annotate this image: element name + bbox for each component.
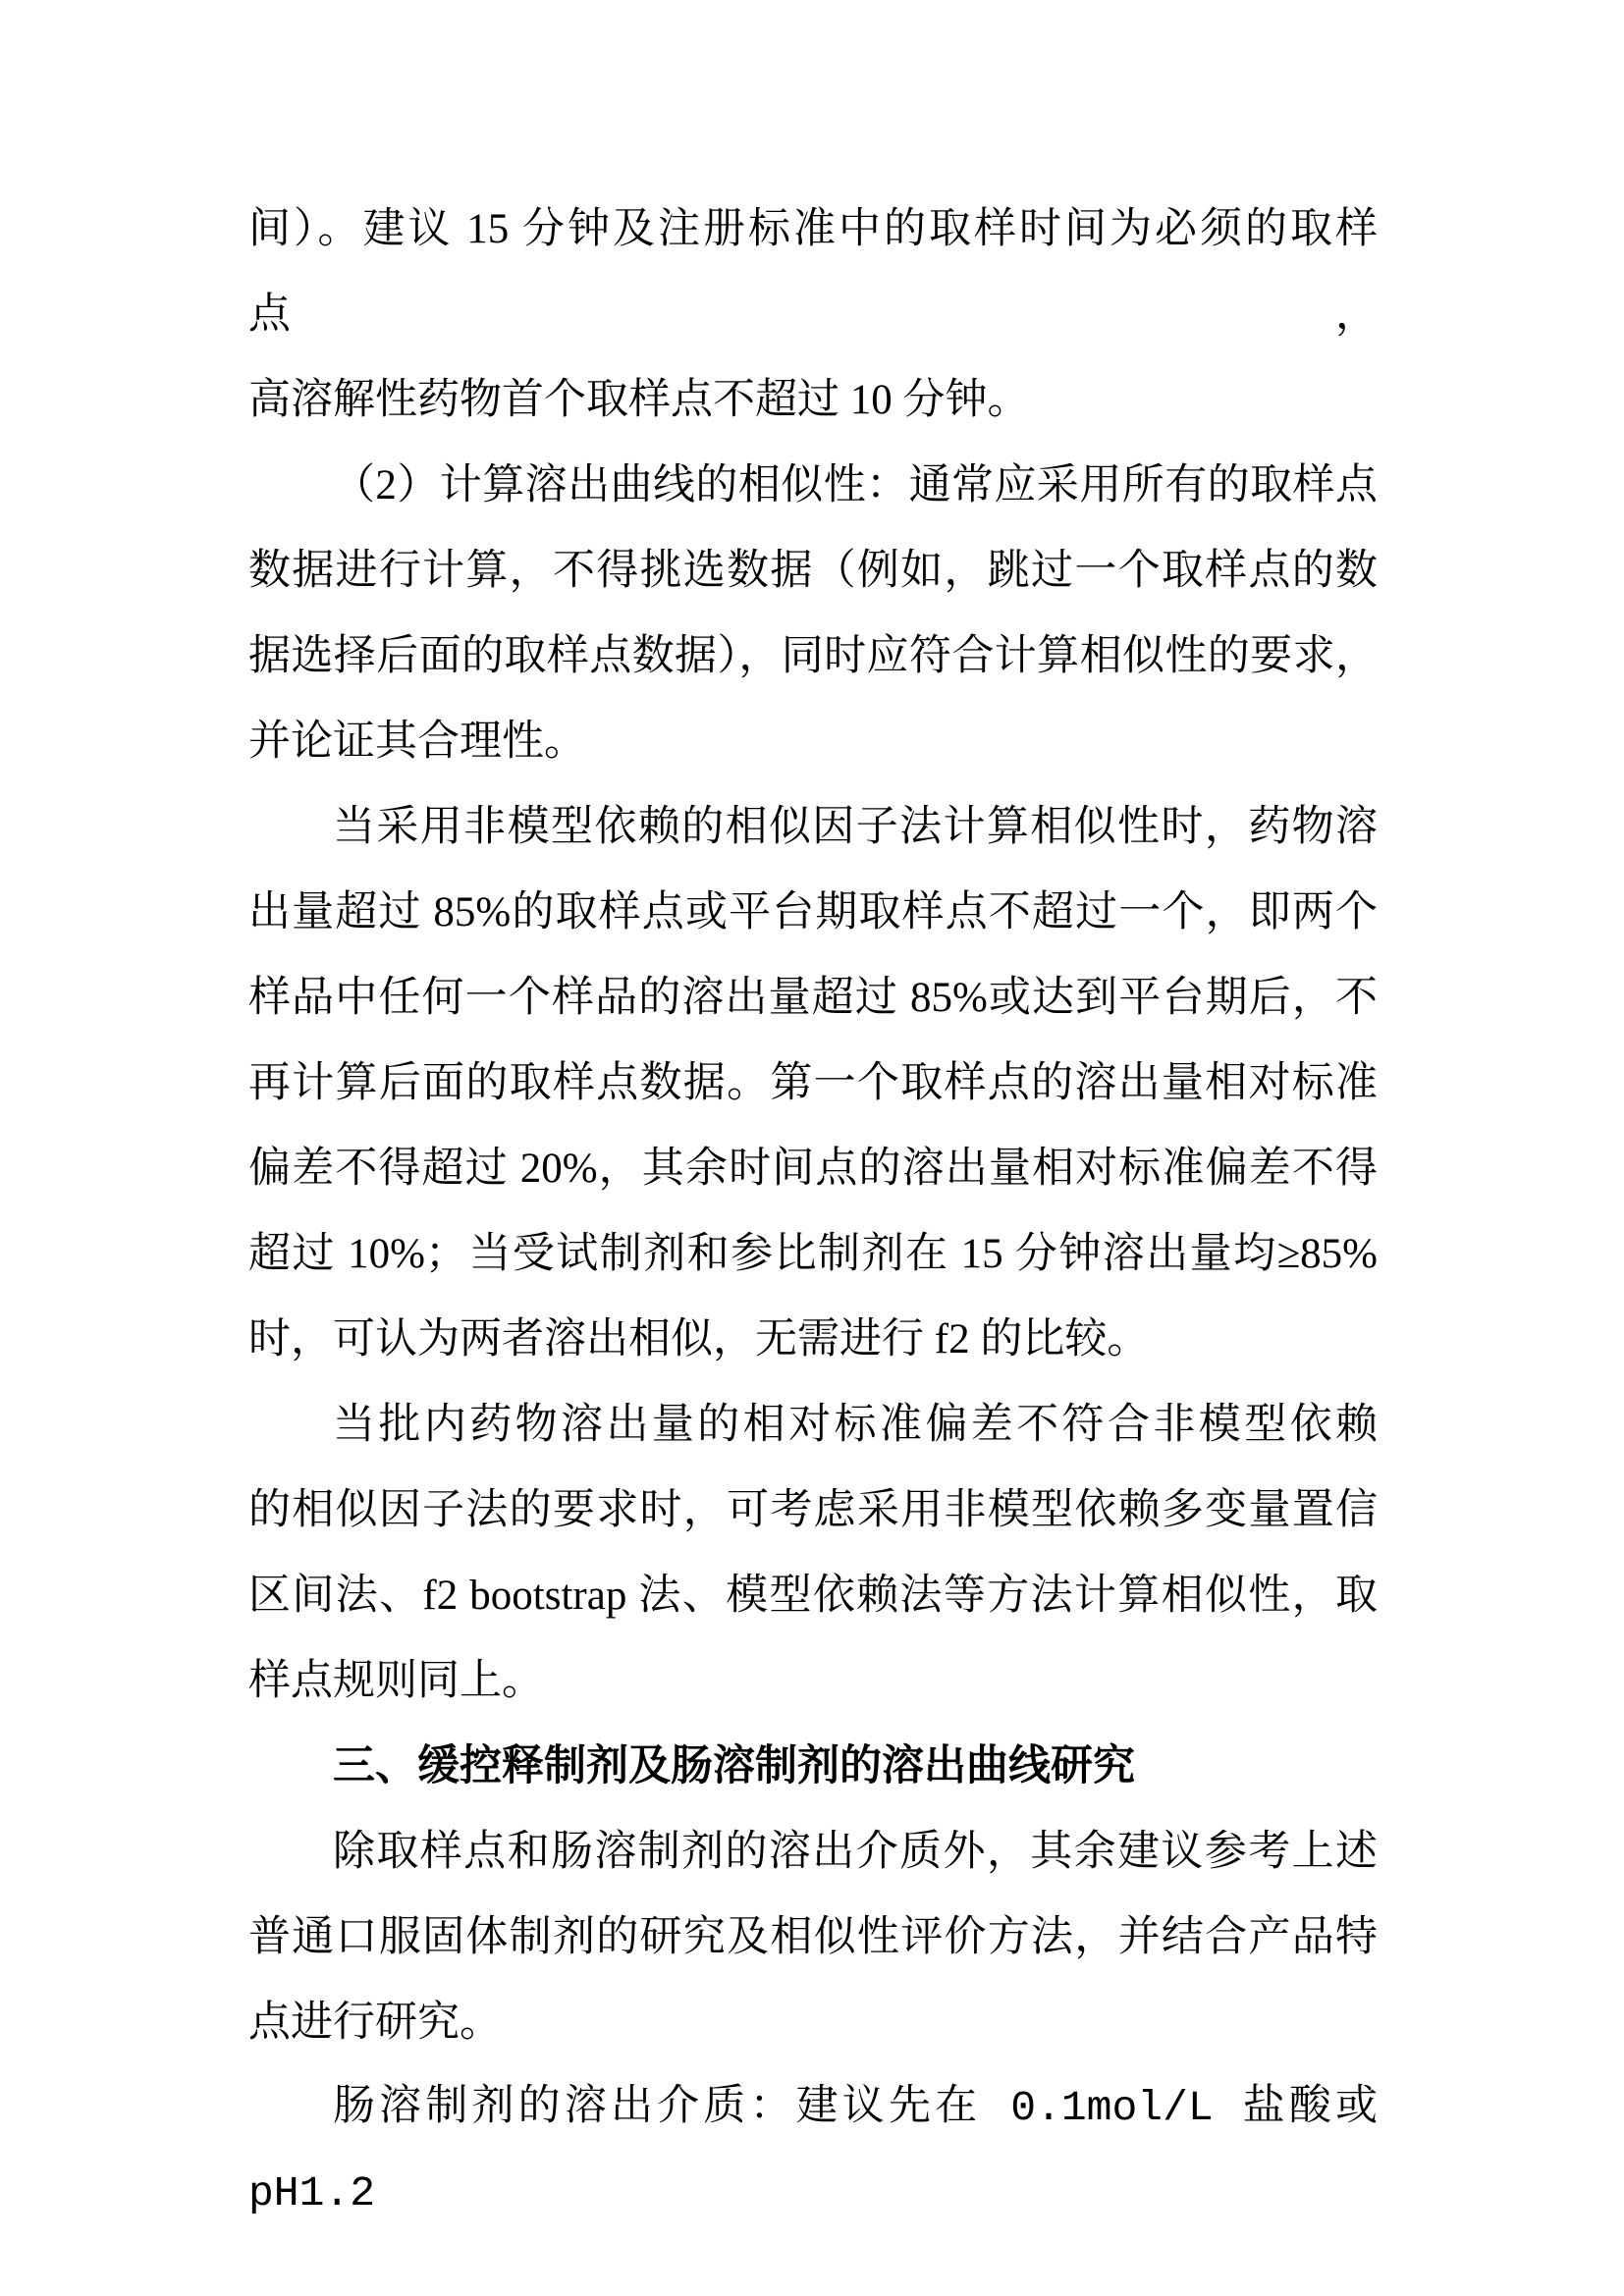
text-line: 样点规则同上。 (248, 1638, 1378, 1724)
text-line: 并论证其合理性。 (248, 699, 1378, 784)
text-line: 出量超过 85%的取样点或平台期取样点不超过一个，即两个 (248, 870, 1378, 955)
text-line: 再计算后面的取样点数据。第一个取样点的溶出量相对标准 (248, 1041, 1378, 1126)
text-line: 样品中任何一个样品的溶出量超过 85%或达到平台期后，不 (248, 955, 1378, 1041)
text-line: 肠溶制剂的溶出介质：建议先在 0.1mol/L 盐酸或 pH1.2 (248, 2065, 1378, 2236)
text-line: 超过 10%；当受试制剂和参比制剂在 15 分钟溶出量均≥85% (248, 1211, 1378, 1297)
text-line: 高溶解性药物首个取样点不超过 10 分钟。 (248, 357, 1378, 443)
text-line: 间）。建议 15 分钟及注册标准中的取样时间为必须的取样点， (248, 187, 1378, 357)
text-line: 时，可认为两者溶出相似，无需进行 f2 的比较。 (248, 1297, 1378, 1382)
text-line: 当采用非模型依赖的相似因子法计算相似性时，药物溶 (248, 784, 1378, 870)
text-line: 据选择后面的取样点数据），同时应符合计算相似性的要求， (248, 614, 1378, 699)
text-line: 当批内药物溶出量的相对标准偏差不符合非模型依赖 (248, 1382, 1378, 1468)
text-line: 数据进行计算，不得挑选数据（例如，跳过一个取样点的数 (248, 528, 1378, 614)
text-line: 偏差不得超过 20%，其余时间点的溶出量相对标准偏差不得 (248, 1126, 1378, 1211)
document-text-block: 间）。建议 15 分钟及注册标准中的取样时间为必须的取样点， 高溶解性药物首个取… (248, 187, 1378, 2236)
text-line: （2）计算溶出曲线的相似性：通常应采用所有的取样点 (248, 443, 1378, 528)
text-line: 除取样点和肠溶制剂的溶出介质外，其余建议参考上述 (248, 1809, 1378, 1895)
text-line: 区间法、f2 bootstrap 法、模型依赖法等方法计算相似性，取 (248, 1553, 1378, 1638)
section-heading: 三、缓控释制剂及肠溶制剂的溶出曲线研究 (248, 1724, 1378, 1809)
text-line: 的相似因子法的要求时，可考虑采用非模型依赖多变量置信 (248, 1468, 1378, 1553)
text-line: 点进行研究。 (248, 1980, 1378, 2065)
text-line: 普通口服固体制剂的研究及相似性评价方法，并结合产品特 (248, 1895, 1378, 1980)
